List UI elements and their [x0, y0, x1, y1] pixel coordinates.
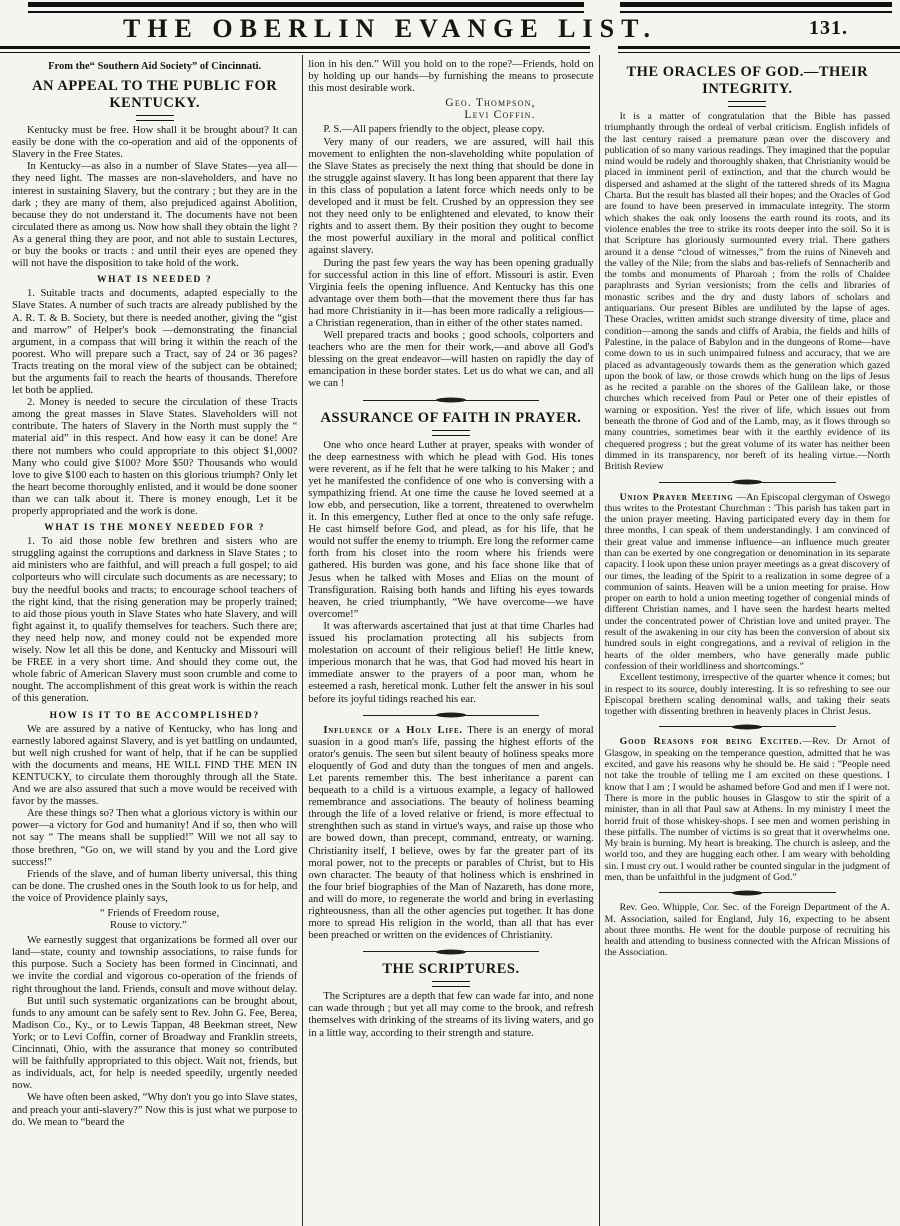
paragraph: We have often been asked, “Why don't you… — [12, 1092, 297, 1128]
article-dateline: From the“ Southern Aid Society” of Cinci… — [12, 61, 297, 73]
article-divider — [659, 892, 836, 893]
section-subhead: WHAT IS THE MONEY NEEDED FOR ? — [12, 522, 297, 534]
article-divider — [363, 951, 540, 952]
paragraph: Are these things so? Then what a gloriou… — [12, 808, 297, 868]
article-divider — [363, 400, 540, 401]
paragraph: lion in his den.” Will you hold on to th… — [308, 59, 593, 95]
paragraph: Influence of a Holy Life. There is an en… — [308, 725, 593, 943]
verse-block: “ Friends of Freedom rouse,Rouse to vict… — [12, 908, 297, 932]
article-divider — [363, 715, 540, 716]
masthead: THE OBERLIN EVANGE LIST. 131. — [0, 0, 900, 55]
article-headline: ASSURANCE OF FAITH IN PRAYER. — [308, 410, 593, 436]
paragraph: We are assured by a native of Kentucky, … — [12, 724, 297, 809]
column-1: From the“ Southern Aid Society” of Cinci… — [7, 55, 302, 1226]
paragraph: But until such systematic organizations … — [12, 996, 297, 1093]
masthead-rule-right — [618, 46, 900, 53]
newspaper-page: THE OBERLIN EVANGE LIST. 131. From the“ … — [0, 0, 900, 1226]
verse-line: “ Friends of Freedom rouse, — [100, 908, 297, 920]
divider-ornament — [732, 480, 762, 485]
verse-line: Rouse to victory.” — [100, 920, 297, 932]
newspaper-title: THE OBERLIN EVANGE LIST. — [0, 14, 900, 44]
top-rule-right — [620, 2, 892, 13]
column-3: THE ORACLES OF GOD.—THEIR INTEGRITY.It i… — [599, 55, 895, 1226]
paragraph: Rev. Geo. Whipple, Cor. Sec. of the Fore… — [605, 902, 890, 958]
article-divider — [659, 726, 836, 727]
divider-ornament — [436, 398, 466, 403]
paragraph: Excellent testimony, irrespective of the… — [605, 672, 890, 717]
article-headline: AN APPEAL TO THE PUBLIC FOR KENTUCKY. — [12, 78, 297, 121]
paragraph: In Kentucky—as also in a number of Slave… — [12, 161, 297, 270]
section-subhead: HOW IS IT TO BE ACCOMPLISHED? — [12, 710, 297, 722]
lead-in: Union Prayer Meeting — [620, 492, 734, 503]
section-subhead: WHAT IS NEEDED ? — [12, 274, 297, 286]
top-rule-left — [28, 2, 584, 13]
paragraph: 1. To aid those noble few brethren and s… — [12, 536, 297, 705]
paragraph: Good Reasons for being Excited.—Rev. Dr … — [605, 736, 890, 883]
divider-ornament — [732, 890, 762, 895]
article-headline: THE ORACLES OF GOD.—THEIR INTEGRITY. — [605, 64, 890, 107]
column-2: lion in his den.” Will you hold on to th… — [302, 55, 598, 1226]
paragraph: One who once heard Luther at prayer, spe… — [308, 440, 593, 621]
paragraph: During the past few years the way has be… — [308, 258, 593, 331]
paragraph: Friends of the slave, and of human liber… — [12, 869, 297, 905]
divider-ornament — [436, 949, 466, 954]
divider-ornament — [436, 713, 466, 718]
article-headline: THE SCRIPTURES. — [308, 961, 593, 987]
paragraph: We earnestly suggest that organizations … — [12, 935, 297, 995]
article-divider — [659, 482, 836, 483]
lead-in: Influence of a Holy Life. — [323, 725, 463, 736]
page-columns: From the“ Southern Aid Society” of Cinci… — [0, 55, 900, 1226]
paragraph: Well prepared tracts and books ; good sc… — [308, 330, 593, 390]
divider-ornament — [732, 724, 762, 729]
lead-in: Good Reasons for being Excited. — [620, 736, 803, 747]
paragraph: 1. Suitable tracts and documents, adapte… — [12, 288, 297, 397]
paragraph: Union Prayer Meeting —An Episcopal clerg… — [605, 492, 890, 673]
signature-block: Geo. Thompson,Levi Coffin. — [308, 97, 593, 121]
page-number: 131. — [809, 17, 848, 40]
paragraph: It is a matter of congratulation that th… — [605, 111, 890, 473]
paragraph: Very many of our readers, we are assured… — [308, 137, 593, 258]
paragraph: Kentucky must be free. How shall it be b… — [12, 125, 297, 161]
masthead-rule-left — [0, 46, 590, 53]
paragraph: 2. Money is needed to secure the circula… — [12, 397, 297, 518]
signature: Geo. Thompson, — [308, 97, 535, 109]
paragraph: It was afterwards ascertained that just … — [308, 621, 593, 706]
paragraph: P. S.—All papers friendly to the object,… — [308, 124, 593, 136]
signature: Levi Coffin. — [308, 109, 535, 121]
paragraph: The Scriptures are a depth that few can … — [308, 991, 593, 1039]
